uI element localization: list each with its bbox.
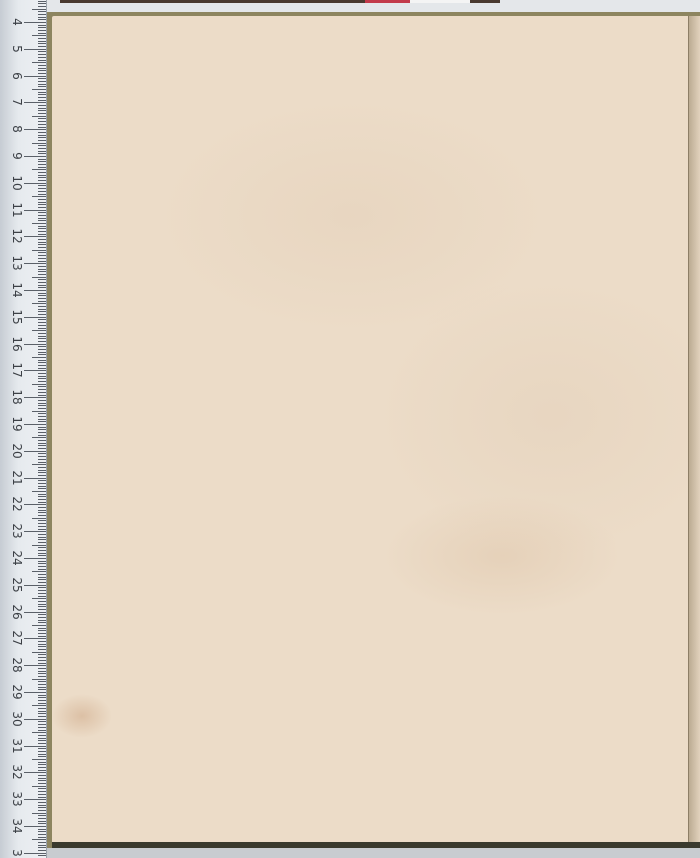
ruler-tick: [38, 483, 46, 484]
ruler-tick: [38, 695, 46, 696]
ruler-tick: [38, 646, 46, 647]
ruler-tick: [24, 692, 46, 693]
ruler-tick: [38, 378, 46, 379]
ruler-tick: [38, 735, 46, 736]
ruler-tick: [38, 226, 46, 227]
ruler-tick: [38, 419, 46, 420]
ruler-tick: [38, 17, 46, 18]
ruler-tick: [38, 328, 46, 329]
ruler-tick: [38, 630, 46, 631]
ruler-tick: [38, 582, 46, 583]
ruler-tick: [38, 218, 46, 219]
ruler-tick: [38, 244, 46, 245]
ruler-tick: [38, 727, 46, 728]
ruler-tick: [38, 255, 46, 256]
ruler-tick: [38, 593, 46, 594]
ruler-tick: [38, 381, 46, 382]
ruler-tick: [38, 681, 46, 682]
ruler-tick: [38, 60, 46, 61]
ruler-tick: [38, 767, 46, 768]
ruler-tick: [24, 290, 46, 291]
ruler-label: 17: [10, 359, 24, 381]
ruler-label: 18: [10, 386, 24, 408]
ruler-tick: [38, 341, 46, 342]
ruler-tick: [38, 496, 46, 497]
ruler-tick: [38, 775, 46, 776]
ruler-tick: [38, 413, 46, 414]
ruler-tick: [38, 617, 46, 618]
ruler-tick: [38, 86, 46, 87]
ruler-tick: [38, 373, 46, 374]
ruler-tick: [38, 41, 46, 42]
ruler-tick: [38, 620, 46, 621]
ruler-tick: [38, 480, 46, 481]
ruler-tick: [38, 30, 46, 31]
ruler-tick: [38, 403, 46, 404]
ruler-tick: [38, 587, 46, 588]
ruler-label: 12: [10, 225, 24, 247]
ruler-tick: [32, 384, 46, 385]
ruler-tick: [38, 199, 46, 200]
ruler-tick: [38, 486, 46, 487]
ruler-label: 13: [10, 252, 24, 274]
ruler-tick: [38, 724, 46, 725]
ruler-tick: [38, 472, 46, 473]
ruler-tick: [24, 317, 46, 318]
ruler-tick: [38, 365, 46, 366]
ruler-tick: [24, 558, 46, 559]
ruler-tick: [38, 427, 46, 428]
ruler-tick: [38, 609, 46, 610]
ruler-tick: [38, 110, 46, 111]
ruler-label: 22: [10, 493, 24, 515]
ruler-tick: [38, 148, 46, 149]
ruler-tick: [38, 319, 46, 320]
ruler-tick: [24, 424, 46, 425]
ruler-tick: [32, 303, 46, 304]
ruler-tick: [38, 408, 46, 409]
ruler-tick: [32, 35, 46, 36]
ruler-tick: [32, 196, 46, 197]
ruler-tick: [32, 598, 46, 599]
ruler-tick: [38, 51, 46, 52]
ruler-tick: [38, 563, 46, 564]
ruler-tick: [38, 614, 46, 615]
ruler-tick: [38, 247, 46, 248]
ruler-tick: [38, 159, 46, 160]
ruler-tick: [24, 451, 46, 452]
ruler-tick: [38, 633, 46, 634]
ruler-tick: [38, 172, 46, 173]
ruler-tick: [38, 831, 46, 832]
ruler-tick: [38, 429, 46, 430]
ruler-tick: [38, 443, 46, 444]
ruler-tick: [38, 368, 46, 369]
ruler-label: 7: [10, 91, 24, 113]
ruler-tick: [38, 392, 46, 393]
ruler-tick: [38, 239, 46, 240]
ruler-tick: [32, 330, 46, 331]
top-edge-red-strip: [365, 0, 410, 3]
ruler-tick: [38, 539, 46, 540]
ruler-tick: [38, 847, 46, 848]
ruler-tick: [38, 97, 46, 98]
ruler-tick: [32, 679, 46, 680]
ruler-tick: [38, 215, 46, 216]
ruler-tick: [32, 143, 46, 144]
ruler-tick: [24, 129, 46, 130]
ruler-tick: [38, 566, 46, 567]
ruler-tick: [38, 555, 46, 556]
ruler-label: 19: [10, 413, 24, 435]
ruler-label: 23: [10, 520, 24, 542]
ruler-label: 21: [10, 467, 24, 489]
ruler-tick: [38, 470, 46, 471]
measuring-ruler: 4567891011121314151617181920212223242526…: [0, 0, 47, 858]
ruler-tick: [38, 574, 46, 575]
ruler-tick: [38, 553, 46, 554]
ruler-tick: [38, 118, 46, 119]
ruler-label: 24: [10, 547, 24, 569]
ruler-tick: [38, 78, 46, 79]
ruler-tick: [38, 271, 46, 272]
ruler-tick: [38, 137, 46, 138]
ruler-tick: [38, 435, 46, 436]
ruler-tick: [38, 721, 46, 722]
ruler-tick: [38, 823, 46, 824]
ruler-tick: [32, 839, 46, 840]
ruler-tick: [38, 526, 46, 527]
ruler-tick: [38, 338, 46, 339]
ruler-tick: [38, 697, 46, 698]
ruler-tick: [24, 22, 46, 23]
ruler-tick: [38, 252, 46, 253]
ruler-label: 10: [10, 172, 24, 194]
ruler-tick: [24, 853, 46, 854]
ruler-tick: [38, 293, 46, 294]
ruler-tick: [38, 657, 46, 658]
ruler-tick: [38, 668, 46, 669]
ruler-tick: [38, 542, 46, 543]
ruler-tick: [38, 400, 46, 401]
ruler-label: 31: [10, 735, 24, 757]
ruler-tick: [38, 269, 46, 270]
ruler-tick: [38, 467, 46, 468]
ruler-tick: [38, 751, 46, 752]
ruler-tick: [38, 628, 46, 629]
ruler-tick: [24, 263, 46, 264]
ruler-tick: [38, 494, 46, 495]
ruler-tick: [38, 529, 46, 530]
ruler-tick: [38, 94, 46, 95]
ruler-tick: [38, 601, 46, 602]
ruler-tick: [38, 1, 46, 2]
ruler-tick: [38, 204, 46, 205]
ruler-tick: [38, 783, 46, 784]
ruler-label: 15: [10, 306, 24, 328]
ruler-tick: [38, 730, 46, 731]
spine-fold-line: [688, 16, 689, 844]
ruler-tick: [24, 746, 46, 747]
ruler-tick: [32, 9, 46, 10]
ruler-tick: [38, 11, 46, 12]
ruler-tick: [24, 612, 46, 613]
book-gutter: [688, 16, 700, 844]
ruler-tick: [38, 748, 46, 749]
ruler-tick: [38, 577, 46, 578]
ruler-tick: [24, 370, 46, 371]
ruler-tick: [38, 14, 46, 15]
ruler-tick: [24, 504, 46, 505]
ruler-tick: [38, 81, 46, 82]
ruler-tick: [38, 703, 46, 704]
ruler-label: 34: [10, 815, 24, 837]
ruler-tick: [38, 684, 46, 685]
ruler-tick: [32, 250, 46, 251]
ruler-tick: [38, 604, 46, 605]
ruler-tick: [38, 46, 46, 47]
ruler-tick: [38, 38, 46, 39]
ruler-tick: [38, 590, 46, 591]
ruler-tick: [38, 837, 46, 838]
ruler-tick: [38, 770, 46, 771]
blank-page: [52, 16, 690, 844]
ruler-tick: [38, 797, 46, 798]
ruler-tick: [38, 432, 46, 433]
ruler-tick: [38, 100, 46, 101]
ruler-tick: [38, 124, 46, 125]
ruler-tick: [38, 547, 46, 548]
ruler-tick: [38, 285, 46, 286]
ruler-tick: [38, 596, 46, 597]
ruler-tick: [38, 762, 46, 763]
ruler-tick: [32, 62, 46, 63]
ruler-tick: [38, 314, 46, 315]
ruler-tick: [32, 625, 46, 626]
ruler-tick: [32, 116, 46, 117]
ruler-label: 5: [10, 38, 24, 60]
ruler-tick: [38, 537, 46, 538]
ruler-tick: [38, 756, 46, 757]
ruler-label: 29: [10, 681, 24, 703]
ruler-tick: [38, 333, 46, 334]
ruler-tick: [24, 397, 46, 398]
ruler-tick: [32, 732, 46, 733]
ruler-tick: [38, 834, 46, 835]
ruler-tick: [38, 212, 46, 213]
ruler-tick: [38, 242, 46, 243]
ruler-tick: [38, 708, 46, 709]
ruler-tick: [38, 309, 46, 310]
ruler-tick: [38, 68, 46, 69]
ruler-tick: [32, 786, 46, 787]
ruler-tick: [24, 585, 46, 586]
ruler-tick: [24, 478, 46, 479]
ruler-tick: [38, 389, 46, 390]
ruler-tick: [38, 778, 46, 779]
ruler-tick: [38, 743, 46, 744]
ruler-tick: [38, 279, 46, 280]
ruler-tick: [38, 177, 46, 178]
ruler-tick: [38, 43, 46, 44]
ruler-tick: [38, 153, 46, 154]
ruler-tick: [38, 569, 46, 570]
ruler-tick: [38, 815, 46, 816]
ruler-tick: [38, 606, 46, 607]
ruler-tick: [38, 386, 46, 387]
ruler-tick: [38, 421, 46, 422]
ruler-tick: [38, 510, 46, 511]
ruler-label: 28: [10, 654, 24, 676]
ruler-tick: [38, 295, 46, 296]
ruler-tick: [38, 336, 46, 337]
ruler-tick: [38, 132, 46, 133]
ruler-tick: [38, 231, 46, 232]
ruler-tick: [38, 202, 46, 203]
ruler-tick: [38, 561, 46, 562]
ruler-tick: [38, 550, 46, 551]
ruler-tick: [38, 135, 46, 136]
ruler-tick: [38, 346, 46, 347]
ruler-tick: [38, 842, 46, 843]
ruler-tick: [38, 282, 46, 283]
ruler-tick: [38, 523, 46, 524]
ruler-tick: [38, 499, 46, 500]
ruler-tick: [32, 277, 46, 278]
ruler-tick: [38, 660, 46, 661]
ruler-tick: [38, 641, 46, 642]
ruler-tick: [38, 462, 46, 463]
ruler-tick: [38, 127, 46, 128]
ruler-tick: [32, 813, 46, 814]
ruler-tick: [38, 818, 46, 819]
ruler-tick: [38, 121, 46, 122]
ruler-tick: [38, 829, 46, 830]
ruler-tick: [38, 258, 46, 259]
ruler-label: 6: [10, 65, 24, 87]
ruler-tick: [32, 518, 46, 519]
ruler-tick: [38, 360, 46, 361]
ruler-label: 11: [10, 199, 24, 221]
ruler-tick: [24, 236, 46, 237]
ruler-tick: [24, 772, 46, 773]
ruler-tick: [38, 354, 46, 355]
ruler-tick: [32, 759, 46, 760]
ruler-tick: [24, 719, 46, 720]
ruler-tick: [38, 740, 46, 741]
ruler-tick: [38, 671, 46, 672]
ruler-tick: [38, 73, 46, 74]
ruler-tick: [38, 649, 46, 650]
ruler-tick: [32, 223, 46, 224]
ruler-tick: [38, 105, 46, 106]
ruler-tick: [38, 274, 46, 275]
ruler-tick: [38, 700, 46, 701]
ruler-tick: [38, 266, 46, 267]
ruler-tick: [38, 180, 46, 181]
ruler-tick: [38, 108, 46, 109]
ruler-tick: [38, 713, 46, 714]
ruler-tick: [38, 515, 46, 516]
ruler-label: 20: [10, 440, 24, 462]
ruler-tick: [38, 65, 46, 66]
ruler-tick: [24, 156, 46, 157]
ruler-tick: [38, 459, 46, 460]
ruler-tick: [38, 654, 46, 655]
ruler-tick: [38, 161, 46, 162]
ruler-tick: [38, 145, 46, 146]
ruler-tick: [38, 416, 46, 417]
ruler-tick: [24, 799, 46, 800]
ruler-label: 32: [10, 761, 24, 783]
ruler-tick: [38, 376, 46, 377]
ruler-tick: [38, 845, 46, 846]
ruler-tick: [38, 689, 46, 690]
ruler-tick: [32, 571, 46, 572]
ruler-tick: [38, 349, 46, 350]
ruler-tick: [32, 491, 46, 492]
ruler-tick: [38, 855, 46, 856]
ruler-tick: [38, 507, 46, 508]
ruler-tick: [38, 92, 46, 93]
ruler-label: 33: [10, 788, 24, 810]
ruler-tick: [38, 687, 46, 688]
ruler-tick: [38, 475, 46, 476]
ruler-tick: [38, 711, 46, 712]
ruler-tick: [38, 445, 46, 446]
ruler-tick: [38, 194, 46, 195]
ruler-tick: [24, 531, 46, 532]
ruler-tick: [38, 301, 46, 302]
ruler-tick: [38, 738, 46, 739]
ruler-tick: [38, 352, 46, 353]
ruler-tick: [38, 502, 46, 503]
ruler-tick: [38, 228, 46, 229]
ruler-tick: [38, 788, 46, 789]
ruler-tick: [38, 794, 46, 795]
ruler-label: 16: [10, 333, 24, 355]
ruler-tick: [38, 322, 46, 323]
ruler-tick: [38, 19, 46, 20]
ruler-tick: [38, 850, 46, 851]
ruler-tick: [38, 188, 46, 189]
ruler-tick: [24, 76, 46, 77]
ruler-tick: [32, 545, 46, 546]
ruler-tick: [24, 49, 46, 50]
ruler-tick: [32, 652, 46, 653]
ruler-label: 8: [10, 118, 24, 140]
ruler-label: 26: [10, 601, 24, 623]
ruler-label: 4: [10, 11, 24, 33]
ruler-tick: [38, 453, 46, 454]
ruler-tick: [38, 325, 46, 326]
ruler-tick: [38, 3, 46, 4]
ruler-tick: [32, 705, 46, 706]
ruler-tick: [24, 638, 46, 639]
ruler-tick: [38, 167, 46, 168]
ruler-tick: [38, 663, 46, 664]
ruler-tick: [38, 57, 46, 58]
ruler-tick: [32, 357, 46, 358]
ruler-label: 3: [10, 842, 24, 858]
ruler-tick: [38, 716, 46, 717]
ruler-tick: [38, 810, 46, 811]
ruler-tick: [38, 6, 46, 7]
ruler-label: 27: [10, 627, 24, 649]
ruler-tick: [38, 622, 46, 623]
ruler-tick: [24, 210, 46, 211]
ruler-label: 30: [10, 708, 24, 730]
